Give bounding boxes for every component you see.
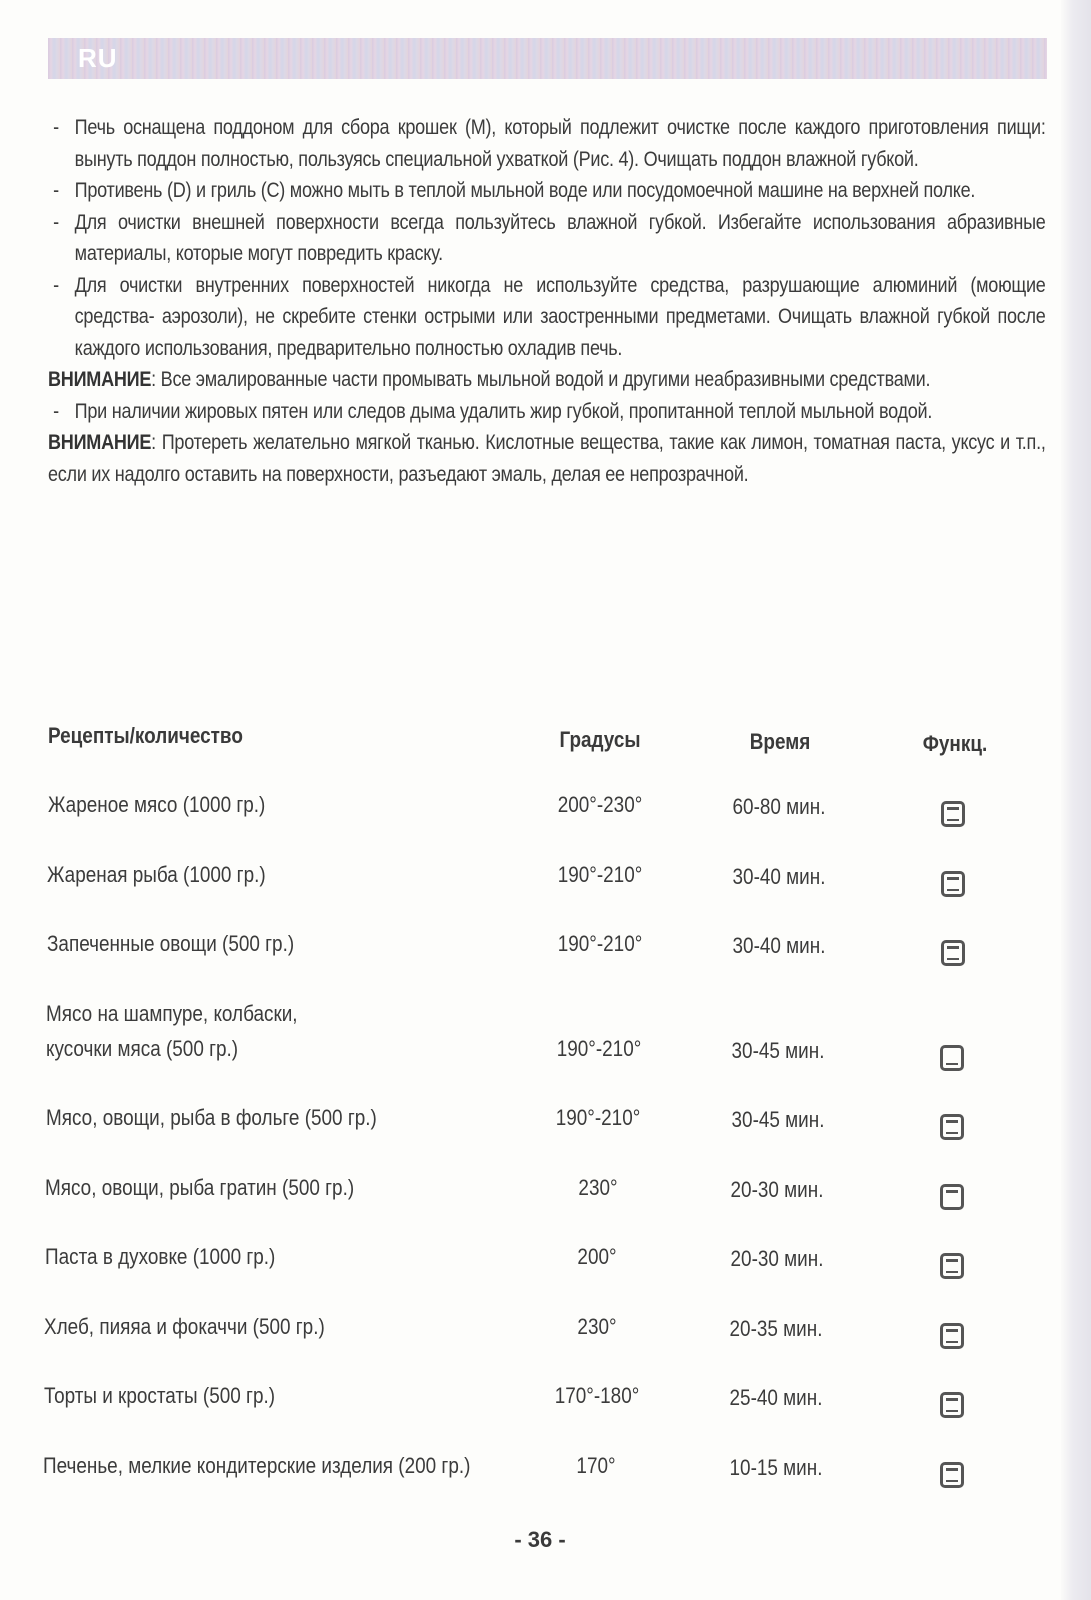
top-heating-element-line (947, 807, 959, 810)
recipe-name: Жареное мясо (1000 гр.) (48, 792, 265, 818)
bottom-heating-element-line (946, 1271, 958, 1274)
recipe-time: 20-35 мин. (707, 1316, 845, 1342)
recipe-name: Паста в духовке (1000 гр.) (45, 1244, 275, 1270)
bottom-heat-icon (940, 1045, 964, 1071)
recipe-time: 60-80 мин. (710, 794, 848, 820)
recipe-name: Запеченные овощи (500 гр.) (47, 931, 294, 957)
bottom-heating-element-line (946, 1410, 958, 1413)
top-bottom-heat-icon (940, 1323, 964, 1349)
recipe-name: Хлеб, пияяа и фокаччи (500 гр.) (44, 1314, 325, 1340)
recipe-table: Рецепты/количество Градусы Время Функц. … (0, 0, 1091, 1600)
bottom-heating-element-line (947, 889, 959, 892)
top-bottom-heat-icon (940, 1462, 964, 1488)
recipe-degrees: 230° (538, 1175, 658, 1201)
recipe-name: Мясо, овощи, рыба в фольге (500 гр.) (46, 1105, 377, 1131)
recipe-degrees: 230° (537, 1314, 657, 1340)
bottom-heating-element-line (946, 1480, 958, 1483)
top-bottom-heat-icon (940, 1253, 964, 1279)
header-recipe: Рецепты/количество (48, 723, 243, 749)
recipe-time: 10-15 мин. (707, 1455, 845, 1481)
recipe-degrees: 170° (536, 1453, 656, 1479)
top-bottom-heat-icon (941, 871, 965, 897)
top-bottom-heat-icon (940, 1114, 964, 1140)
recipe-name: Жареная рыба (1000 гр.) (47, 862, 266, 888)
recipe-degrees: 200°-230° (540, 792, 660, 818)
top-heating-element-line (946, 1259, 958, 1262)
recipe-degrees: 200° (537, 1244, 657, 1270)
top-heating-element-line (947, 946, 959, 949)
recipe-name: кусочки мяса (500 гр.) (46, 1036, 238, 1062)
top-heating-element-line (946, 1398, 958, 1401)
recipe-time: 30-45 мин. (709, 1107, 847, 1133)
header-function: Функц. (903, 731, 1006, 757)
page-number: - 36 - (0, 1527, 1080, 1553)
top-bottom-heat-icon (940, 1392, 964, 1418)
recipe-time: 20-30 мин. (708, 1177, 846, 1203)
recipe-name: Торты и кростаты (500 гр.) (44, 1383, 275, 1409)
recipe-degrees: 190°-210° (539, 1036, 659, 1062)
recipe-degrees: 170°-180° (537, 1383, 657, 1409)
recipe-name: Мясо на шампуре, колбаски, (46, 1001, 298, 1027)
recipe-time: 20-30 мин. (708, 1246, 846, 1272)
bottom-heating-element-line (946, 1132, 958, 1135)
bottom-heating-element-line (946, 1341, 958, 1344)
top-heating-element-line (947, 877, 959, 880)
bottom-heating-element-line (946, 1063, 958, 1066)
top-bottom-heat-icon (941, 940, 965, 966)
recipe-degrees: 190°-210° (540, 862, 660, 888)
recipe-time: 25-40 мин. (707, 1385, 845, 1411)
recipe-degrees: 190°-210° (538, 1105, 658, 1131)
recipe-degrees: 190°-210° (540, 931, 660, 957)
top-heating-element-line (946, 1120, 958, 1123)
recipe-name: Мясо, овощи, рыба гратин (500 гр.) (45, 1175, 354, 1201)
recipe-name: Печенье, мелкие кондитерские изделия (20… (43, 1453, 470, 1479)
recipe-time: 30-45 мин. (709, 1038, 847, 1064)
top-heating-element-line (946, 1190, 958, 1193)
recipe-time: 30-40 мин. (710, 933, 848, 959)
bottom-heating-element-line (947, 819, 959, 822)
top-heat-icon (940, 1184, 964, 1210)
recipe-time: 30-40 мин. (710, 864, 848, 890)
header-time: Время (728, 729, 831, 755)
top-heating-element-line (946, 1468, 958, 1471)
header-degrees: Градусы (548, 727, 651, 753)
top-bottom-heat-icon (941, 801, 965, 827)
bottom-heating-element-line (947, 958, 959, 961)
top-heating-element-line (946, 1329, 958, 1332)
